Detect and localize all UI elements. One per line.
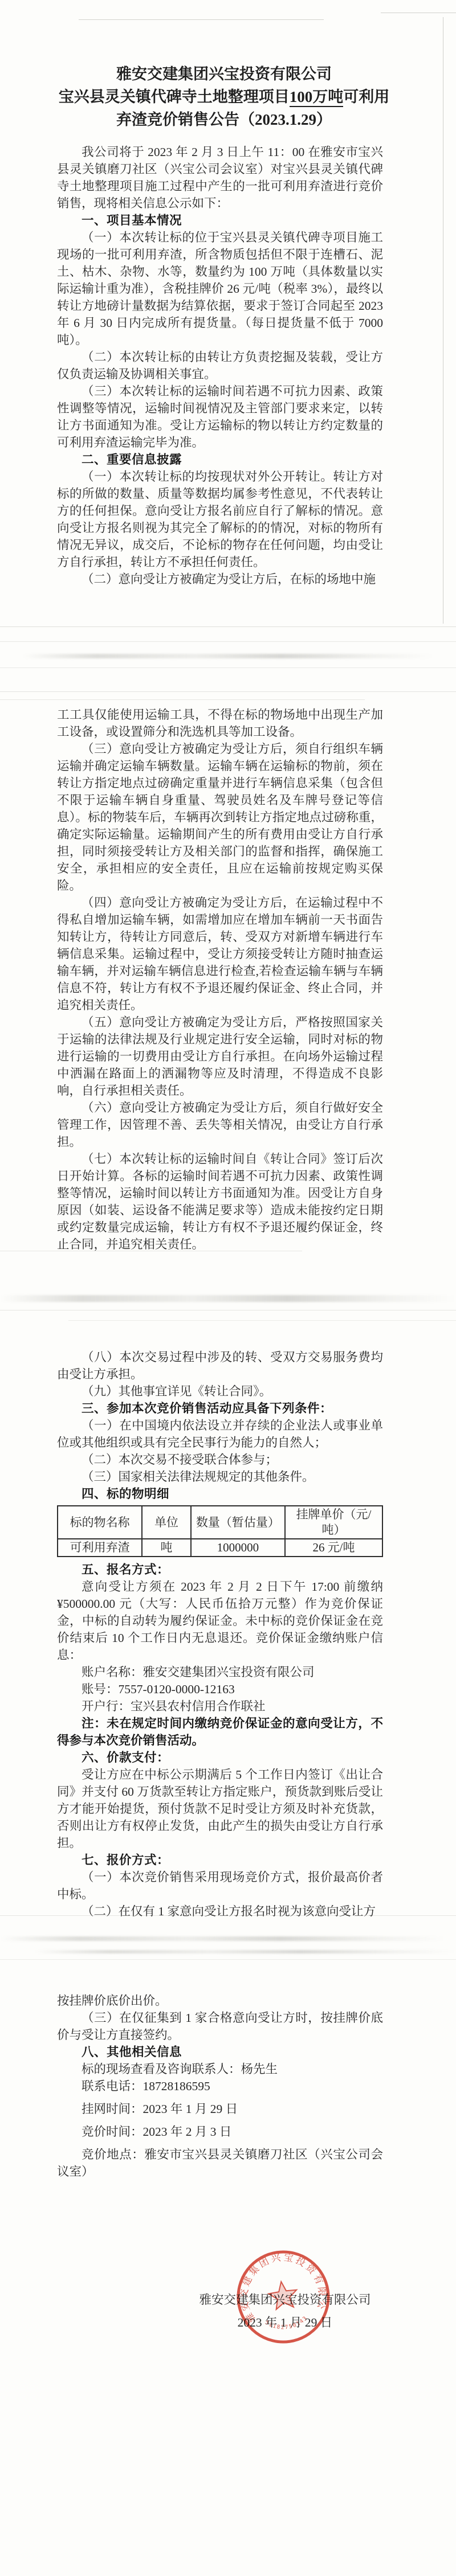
company-seal: 雅安交建集团兴宝投资有限公司 5118275014388 — [229, 2242, 338, 2352]
title-subject-line: 宝兴县灵关镇代碑寺土地整理项目100万吨可利用弃渣竞价销售公告（2023.1.2… — [57, 85, 391, 131]
para-listing-time: 挂网时间：2023 年 1 月 29 日 — [57, 2100, 383, 2118]
para-s2-item4: （四）意向受让方被确定为受让方后，在运输过程中不得私自增加运输车辆，如需增加应在… — [57, 894, 383, 1014]
heading-section4: 四、标的物明细 — [57, 1485, 383, 1502]
scan-artifact-line — [0, 626, 456, 627]
scan-artifact-line — [0, 699, 365, 700]
cell-subject-name: 可利用弃渣 — [58, 1539, 142, 1557]
subject-table: 标的物名称 单位 数量（暂估量） 挂牌单价（元/吨） 可利用弃渣 吨 10000… — [57, 1505, 383, 1557]
seal-arc-text: 雅安交建集团兴宝投资有限公司 — [229, 2242, 331, 2327]
para-note: 注：未在规定时间内缴纳竞价保证金的意向受让方，不得参与本次竞价销售活动。 — [57, 1715, 383, 1749]
scan-artifact-line — [0, 1959, 456, 1960]
page1-body: 我公司将于 2023 年 2 月 3 日上午 11：00 在雅安市宝兴县灵关镇磨… — [57, 144, 383, 588]
para-s6-text: 受让方应在中标公示期满后 5 个工作日内签订《出让合同》并支付 60 万货款至转… — [57, 1766, 383, 1852]
heading-section8: 八、其他相关信息 — [57, 2043, 383, 2061]
scan-artifact-line — [0, 1310, 456, 1310]
scan-artifact-line — [68, 1320, 456, 1321]
para-s7-item1: （一）本次竞价销售采用现场竞价方式，报价最高价者中标。 — [57, 1869, 383, 1903]
page4-body: 按挂牌价底价出价。 （三）在仅征集到 1 家合格意向受让方时，按挂牌价底价与受让… — [57, 1992, 383, 2180]
para-s2-item5: （五）意向受让方被确定为受让方后，严格按照国家关于运输的法律法规及行业规定进行安… — [57, 1014, 383, 1099]
heading-section7: 七、报价方式： — [57, 1852, 383, 1869]
para-s2-item3: （三）意向受让方被确定为受让方后，须自行组织车辆运输并确定运输车辆数量。运输车辆… — [57, 740, 383, 894]
scan-artifact-line — [0, 667, 456, 668]
col-unit: 单位 — [142, 1506, 191, 1539]
para-bidding-place: 竞价地点：雅安市宝兴县灵关镇磨刀社区（兴宝公司会议室） — [57, 2146, 383, 2180]
para-s3-item2: （二）本次交易不接受联合体参与； — [57, 1451, 383, 1468]
scan-artifact-line — [0, 1251, 302, 1251]
scan-artifact-line — [0, 691, 456, 692]
document-title: 雅安交建集团兴宝投资有限公司 宝兴县灵关镇代碑寺土地整理项目100万吨可利用弃渣… — [57, 63, 391, 131]
para-s5-intro: 意向受让方须在 2023 年 2 月 2 日下午 17:00 前缴纳 ¥5000… — [57, 1578, 383, 1664]
scan-artifact-line — [79, 19, 324, 20]
page2-body: 工工具仅能使用运输工具，不得在标的物场地中出现生产加工设备，或设置筛分和洗选机具… — [57, 706, 383, 1253]
scan-artifact-smudge — [0, 1295, 456, 1302]
scan-artifact-line — [0, 1915, 456, 1916]
para-s2-item2-cont: 工工具仅能使用运输工具，不得在标的物场地中出现生产加工设备，或设置筛分和洗选机具… — [57, 706, 383, 740]
scan-artifact-smudge — [34, 1950, 456, 1953]
para-s2-item1: （一）本次转让标的均按现状对外公开转让。转让方对标的所做的数量、质量等数据均属参… — [57, 468, 383, 571]
para-intro: 我公司将于 2023 年 2 月 3 日上午 11：00 在雅安市宝兴县灵关镇磨… — [57, 144, 383, 212]
para-s1-item1: （一）本次转让标的位于宝兴县灵关镇代碑寺项目施工现场的一批可利用弃渣，所含物质包… — [57, 229, 383, 349]
scan-artifact-smudge — [0, 1936, 445, 1941]
document-sheet: 雅安交建集团兴宝投资有限公司 宝兴县灵关镇代碑寺土地整理项目100万吨可利用弃渣… — [0, 0, 456, 2576]
scan-artifact-line — [0, 641, 456, 642]
heading-section3: 三、参加本次竞价销售活动应具备下列条件： — [57, 1400, 383, 1417]
heading-section6: 六、价款支付： — [57, 1749, 383, 1766]
para-contact: 标的现场查看及咨询联系人：杨先生 — [57, 2061, 383, 2078]
para-bidding-time: 竞价时间：2023 年 2 月 3 日 — [57, 2123, 383, 2140]
heading-section1: 一、项目基本情况 — [57, 212, 383, 229]
para-s2-item6: （六）意向受让方被确定为受让方后，须自行做好安全管理工作，因管理不善、丢失等相关… — [57, 1099, 383, 1150]
para-account-number: 账号：7557-0120-0000-12163 — [57, 1681, 383, 1698]
para-s1-item2: （二）本次转让标的由转让方负责挖掘及装载，受让方仅负责运输及协调相关事宜。 — [57, 349, 383, 383]
seal-star-icon — [267, 2280, 299, 2310]
para-s2-item2-start: （二）意向受让方被确定为受让方后，在标的场地中施 — [57, 571, 383, 588]
para-phone: 联系电话：18728186595 — [57, 2078, 383, 2095]
para-s3-item1: （一）在中国境内依法设立并存续的企业法人或事业单位或其他组织或具有完全民事行为能… — [57, 1417, 383, 1451]
page3-body: （八）本次交易过程中涉及的转、受双方交易服务费均由受让方承担。 （九）其他事宜详… — [57, 1349, 383, 1920]
para-account-name: 账户名称：雅安交建集团兴宝投资有限公司 — [57, 1664, 383, 1681]
subject-table-header-row: 标的物名称 单位 数量（暂估量） 挂牌单价（元/吨） — [58, 1506, 382, 1539]
col-quantity: 数量（暂估量） — [191, 1506, 285, 1539]
title-quantity-underlined: 100万吨 — [290, 88, 344, 107]
para-s7-item3: （三）在仅征集到 1 家合格意向受让方时，按挂牌价底价与受让方直接签约。 — [57, 2009, 383, 2043]
heading-section5: 五、报名方式： — [57, 1561, 383, 1578]
para-bank: 开户行：宝兴县农村信用合作联社 — [57, 1698, 383, 1715]
para-s3-item3: （三）国家相关法律法规规定的其他条件。 — [57, 1468, 383, 1485]
title-company-line: 雅安交建集团兴宝投资有限公司 — [57, 63, 391, 85]
para-s2-item7: （七）本次转让标的运输时间自《转让合同》签订后次日开始计算。各标的运输时间若遇不… — [57, 1150, 383, 1253]
para-s7-item2-start: （二）在仅有 1 家意向受让方报名时视为该意向受让方 — [57, 1903, 383, 1920]
cell-unit: 吨 — [142, 1539, 191, 1557]
para-s2-item9: （九）其他事宜详见《转让合同》。 — [57, 1383, 383, 1400]
para-s1-item3: （三）本次转让标的运输时间若遇不可抗力因素、政策性调整等情况，运输时间视情况及主… — [57, 383, 383, 451]
cell-quantity: 1000000 — [191, 1539, 285, 1557]
col-subject-name: 标的物名称 — [58, 1506, 142, 1539]
scan-artifact-smudge — [23, 654, 433, 658]
para-s7-item2-cont: 按挂牌价底价出价。 — [57, 1992, 383, 2009]
subject-table-data-row: 可利用弃渣 吨 1000000 26 元/吨 — [58, 1539, 382, 1557]
cell-unit-price: 26 元/吨 — [285, 1539, 382, 1557]
scan-page-edge — [443, 17, 443, 624]
col-unit-price: 挂牌单价（元/吨） — [285, 1506, 382, 1539]
scan-artifact-line — [381, 13, 456, 13]
para-s2-item8: （八）本次交易过程中涉及的转、受双方交易服务费均由受让方承担。 — [57, 1349, 383, 1383]
heading-section2: 二、重要信息披露 — [57, 451, 383, 468]
